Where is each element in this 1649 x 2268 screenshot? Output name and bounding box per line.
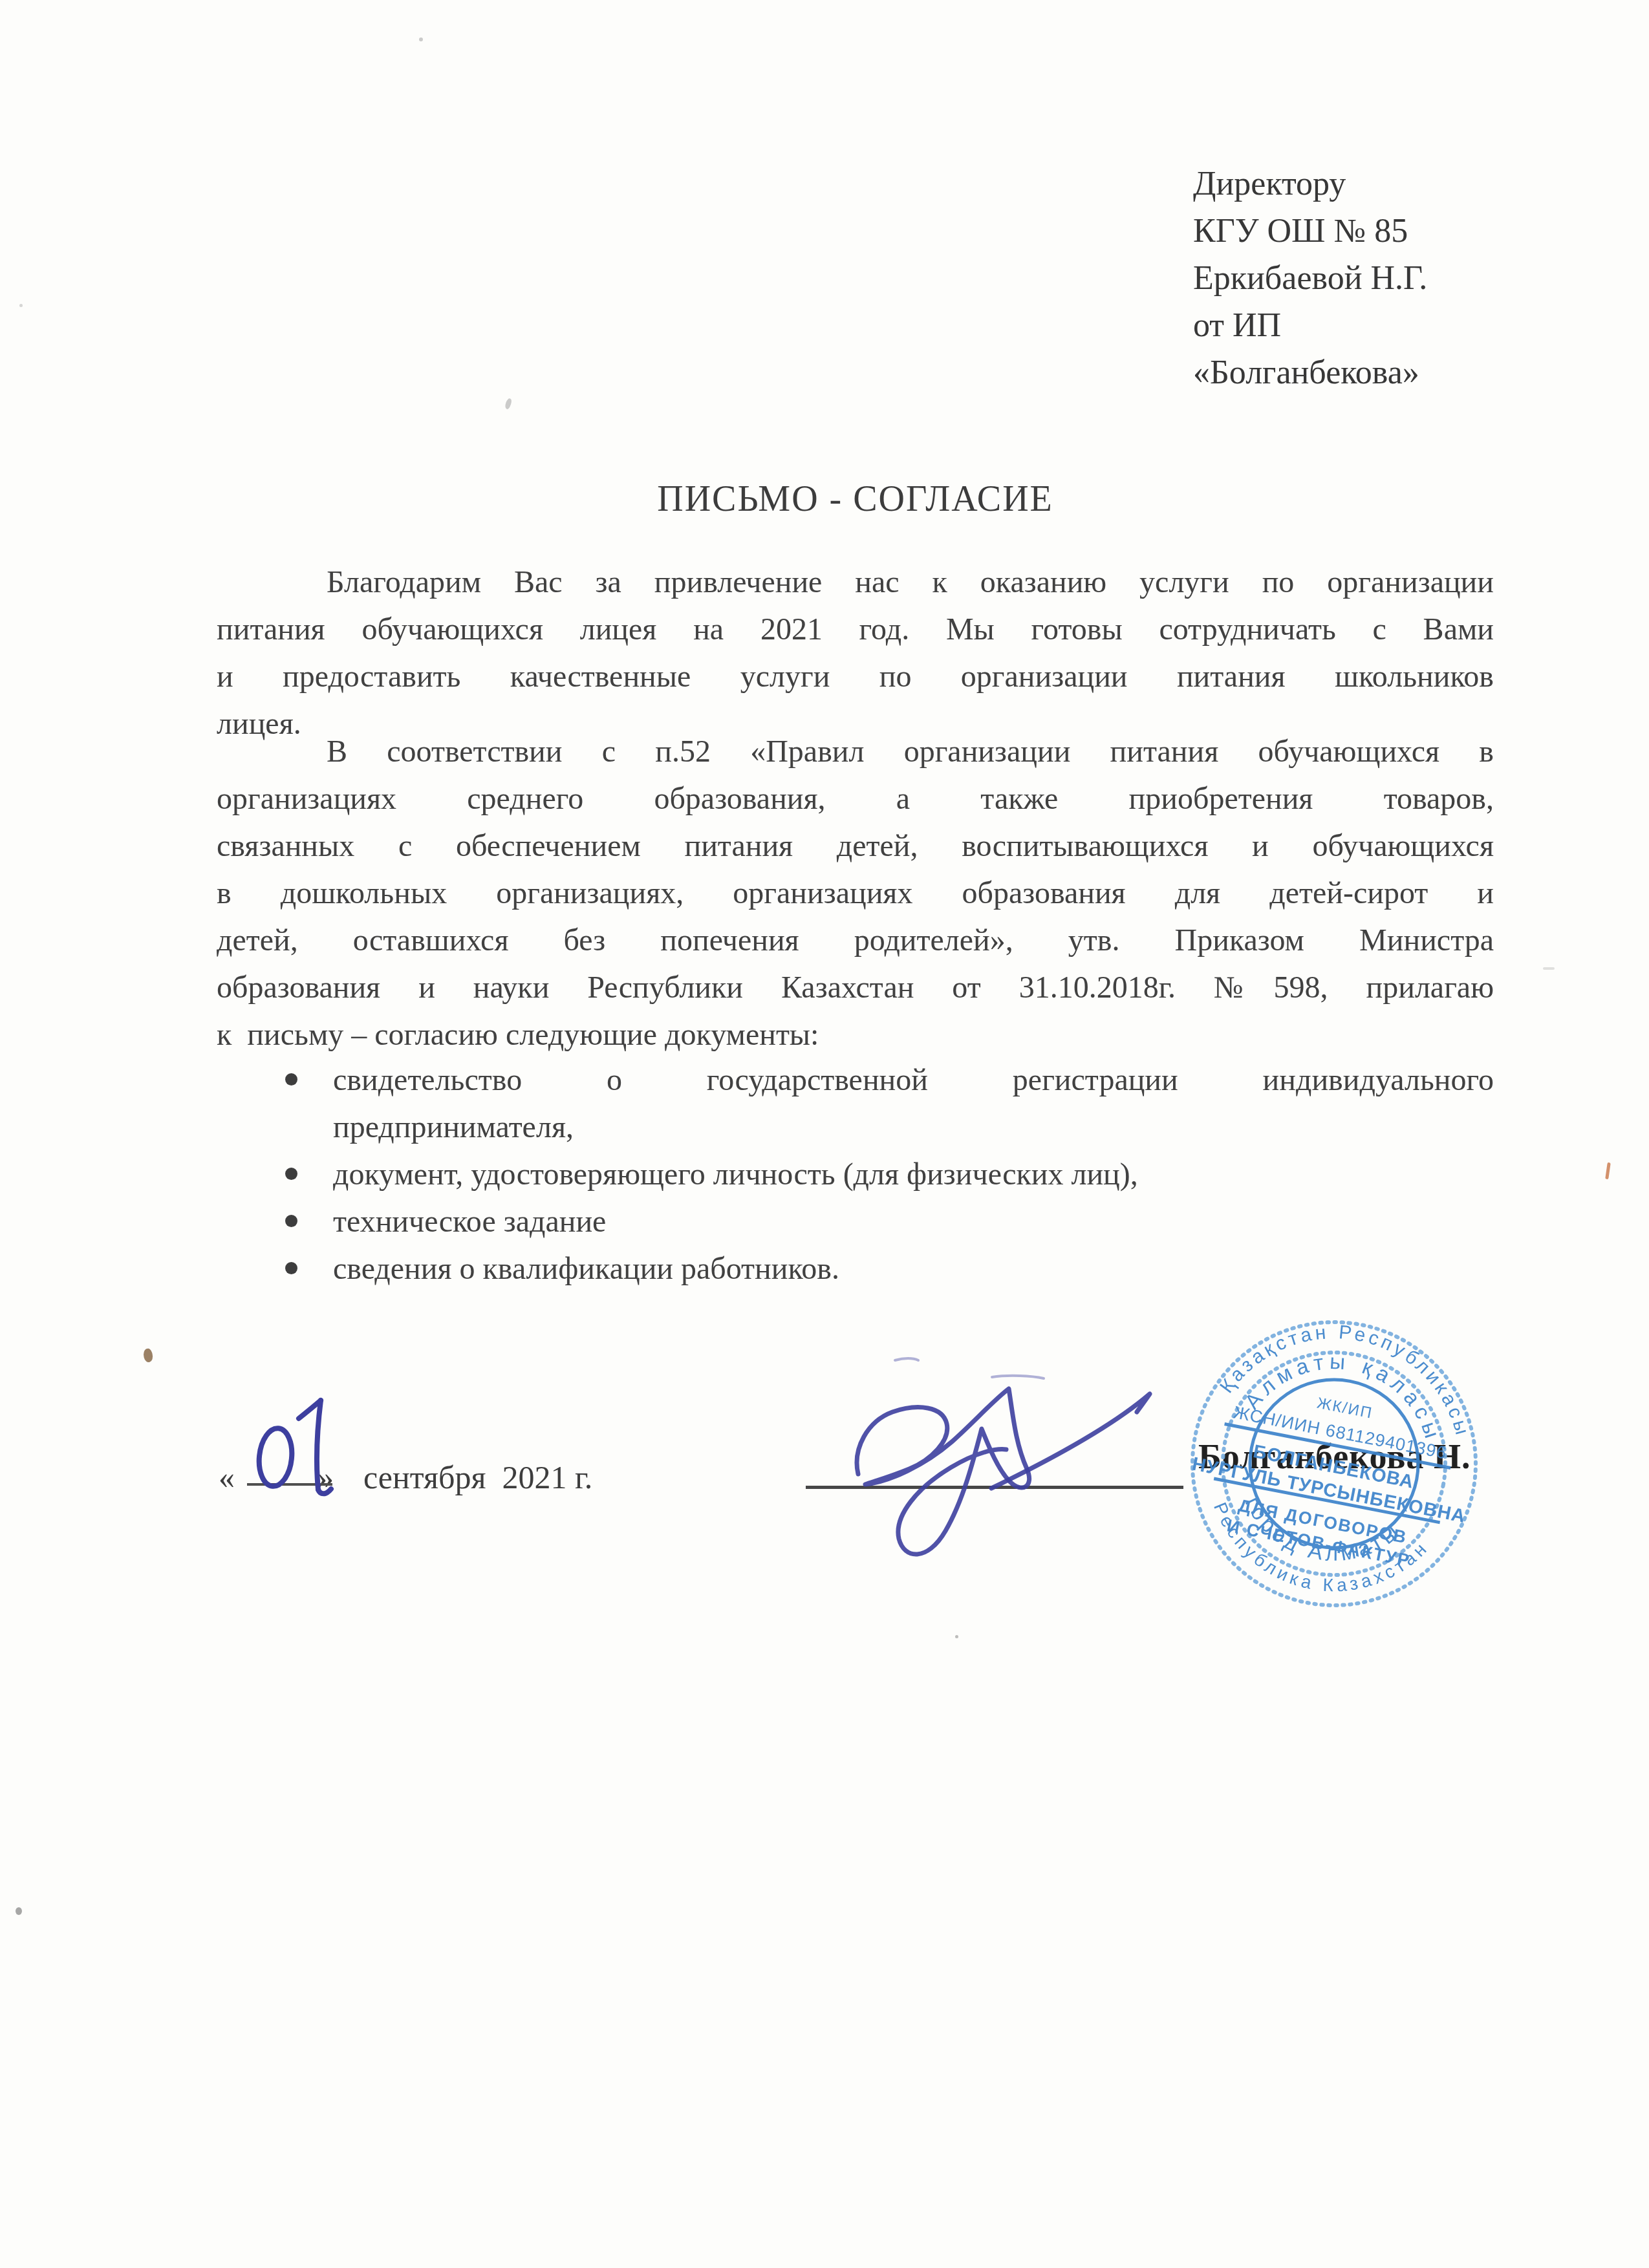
handwritten-day <box>244 1391 354 1508</box>
stamp-entity-type: ЖК/ИП <box>1315 1395 1374 1422</box>
scanned-letter-page: Директору КГУ ОШ № 85 Еркибаевой Н.Г. от… <box>0 0 1649 2268</box>
attachments-list: свидетельство о государственной регистра… <box>217 1056 1494 1292</box>
text-line: к письму – согласию следующие документы: <box>217 1011 1494 1058</box>
scan-speck <box>1605 1162 1611 1179</box>
list-item: документ, удостоверяющего личность (для … <box>217 1151 1494 1198</box>
recipient-line: «Болганбекова» <box>1193 349 1427 396</box>
text-line: и предоставить качественные услуги по ор… <box>217 653 1494 700</box>
signature-stray-mark <box>895 1358 918 1360</box>
recipient-line: Директору <box>1193 160 1427 208</box>
bullet-icon <box>285 1073 297 1086</box>
signature-ink <box>834 1332 1235 1655</box>
text-line: Благодарим Вас за привлечение нас к оказ… <box>217 559 1494 606</box>
bullet-icon <box>285 1168 297 1180</box>
text-line: свидетельство о государственной регистра… <box>333 1056 1494 1104</box>
handwritten-one-stem <box>317 1400 321 1490</box>
handwritten-zero <box>256 1427 294 1488</box>
text-line: сведения о квалификации работников. <box>333 1245 1494 1292</box>
scan-speck <box>1543 967 1555 970</box>
recipient-line: Еркибаевой Н.Г. <box>1193 255 1427 302</box>
text-line: документ, удостоверяющего личность (для … <box>333 1151 1494 1198</box>
scan-speck <box>16 1907 22 1915</box>
signature-flourish-stroke <box>991 1394 1150 1488</box>
list-item: свидетельство о государственной регистра… <box>217 1056 1494 1151</box>
signature-stray-mark <box>992 1376 1044 1378</box>
text-line: питания обучающихся лицея на 2021 год. М… <box>217 606 1494 653</box>
signature-main-stroke <box>857 1389 1029 1554</box>
recipient-line: КГУ ОШ № 85 <box>1193 208 1427 255</box>
date-text: сентября 2021 г. <box>363 1459 592 1495</box>
handwritten-one-foot <box>318 1489 331 1493</box>
list-item: техническое задание <box>217 1198 1494 1245</box>
text-line: в дошкольных организациях, организациях … <box>217 870 1494 917</box>
scan-speck <box>504 398 512 410</box>
recipient-line: от ИП <box>1193 302 1427 349</box>
scan-speck <box>419 37 423 41</box>
scan-speck <box>19 304 23 307</box>
text-line: детей, оставшихся без попечения родителе… <box>217 917 1494 964</box>
text-line: техническое задание <box>333 1198 1494 1245</box>
recipient-block: Директору КГУ ОШ № 85 Еркибаевой Н.Г. от… <box>1193 160 1427 396</box>
scan-speck <box>142 1348 155 1364</box>
text-line: связанных с обеспечением питания детей, … <box>217 822 1494 870</box>
list-item: сведения о квалификации работников. <box>217 1245 1494 1292</box>
text-line: организациях среднего образования, а так… <box>217 775 1494 822</box>
paragraph-legal-basis: В соответствии с п.52 «Правил организаци… <box>217 728 1494 1058</box>
bullet-icon <box>285 1215 297 1227</box>
bullet-icon <box>285 1262 297 1274</box>
quote-open: « <box>219 1459 235 1495</box>
letter-title: ПИСЬМО - СОГЛАСИЕ <box>217 478 1494 520</box>
text-line: В соответствии с п.52 «Правил организаци… <box>217 728 1494 775</box>
text-line: предпринимателя, <box>333 1104 1494 1151</box>
paragraph-gratitude: Благодарим Вас за привлечение нас к оказ… <box>217 559 1494 747</box>
text-line: образования и науки Республики Казахстан… <box>217 964 1494 1011</box>
